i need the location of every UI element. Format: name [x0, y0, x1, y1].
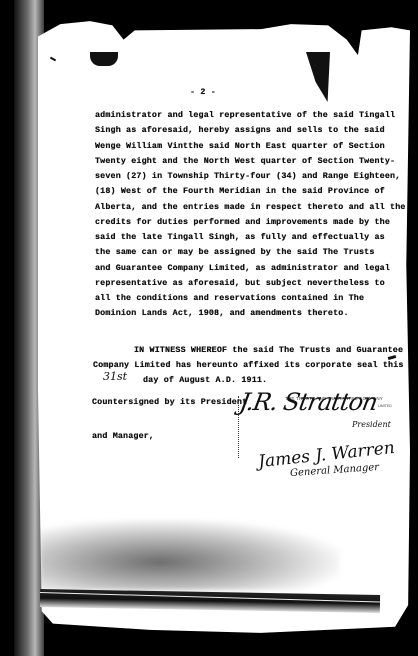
president-title: President [352, 420, 391, 429]
torn-paper-mark [90, 52, 118, 66]
body-line: seven (27) in Township Thirty-four (34) … [95, 171, 400, 181]
body-line: Alberta, and the entries made in respect… [95, 202, 406, 212]
page-number: - 2 - [190, 87, 216, 97]
body-line: administrator and legal representative o… [95, 110, 395, 120]
witness-line: IN WITNESS WHEREOF the said The Trusts a… [134, 345, 403, 355]
handwritten-day: 31st [103, 370, 127, 383]
body-line: credits for duties performed and improve… [95, 217, 390, 227]
body-line: Singh as aforesaid, hereby assigns and s… [95, 125, 385, 135]
body-line: representative as aforesaid, but subject… [95, 278, 385, 288]
page-shadow [40, 520, 340, 590]
body-line: and Guarantee Company Limited, as admini… [95, 263, 390, 273]
countersigned-label: Countersigned by its President [92, 397, 247, 407]
scanned-document: - 2 - administrator and legal representa… [0, 0, 418, 656]
body-line: all the conditions and reservations cont… [95, 293, 364, 303]
body-line: the same can or may be assigned by the s… [95, 247, 375, 257]
body-line: Twenty eight and the North West quarter … [95, 156, 395, 166]
company-stamp-sub: LIMITED [378, 404, 392, 408]
witness-line: Company Limited has hereunto affixed its… [93, 360, 404, 370]
manager-label: and Manager, [92, 431, 154, 441]
body-line: (18) West of the Fourth Meridian in the … [95, 186, 385, 196]
body-line: said the late Tingall Singh, as fully an… [95, 232, 385, 242]
president-signature: J.R. Stratton [238, 388, 380, 416]
body-line: Dominion Lands Act, 1908, and amendments… [95, 308, 349, 318]
body-line: Wenge William Vintthe said North East qu… [95, 141, 385, 151]
witness-line: day of August A.D. 1911. [143, 375, 267, 385]
